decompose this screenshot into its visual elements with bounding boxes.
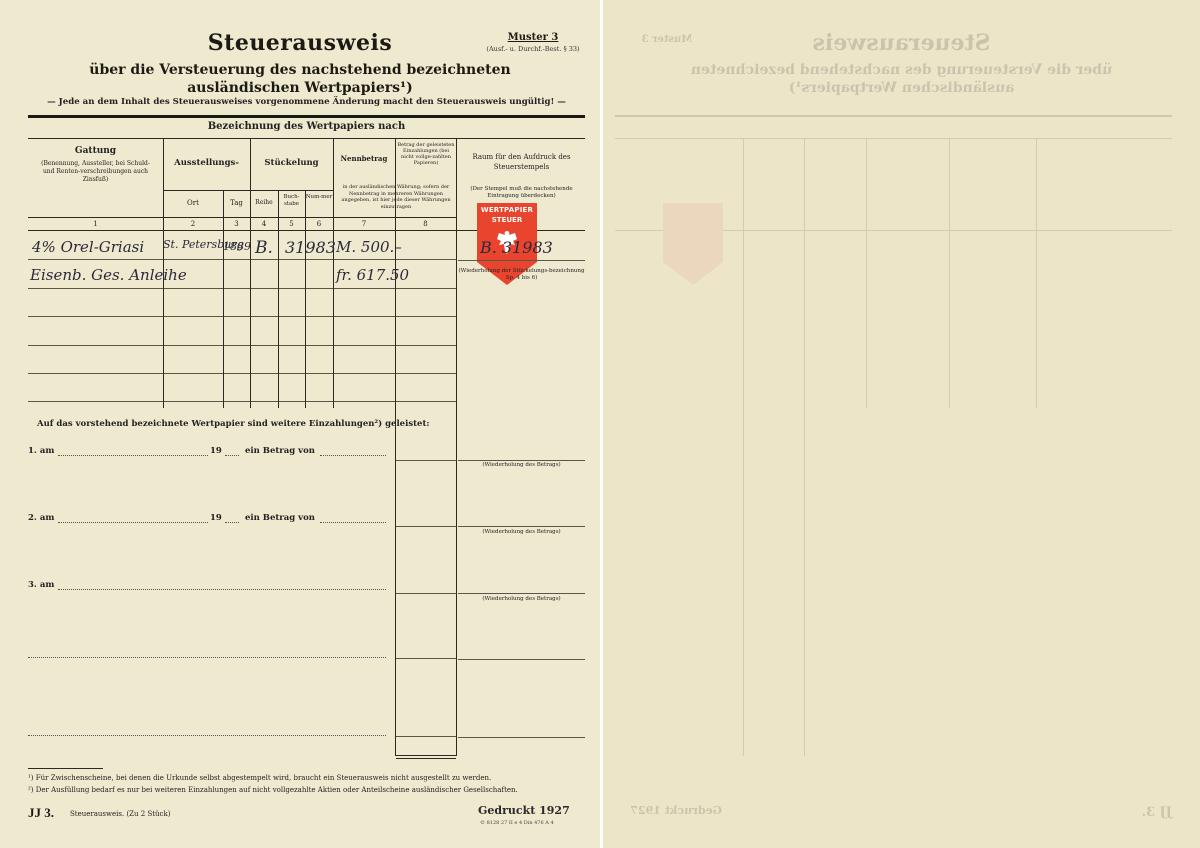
subtitle-line-1: über die Versteuerung des nachstehend be… <box>0 62 600 78</box>
col-divider-7-8 <box>395 138 396 756</box>
entry-nennbetrag-2: fr. 617.50 <box>336 266 409 284</box>
footnote-rule <box>28 768 103 769</box>
col-divider <box>250 138 251 408</box>
colnum-7: 7 <box>333 220 395 228</box>
back-subtitle-2: ausländischen Wertpapiers¹) <box>603 80 1200 96</box>
muster-label: Muster 3 <box>478 32 588 43</box>
header-ausstellungs: Ausstellungs- <box>163 158 250 168</box>
colnum-4: 4 <box>250 220 278 228</box>
stamp-caption: (Wiederholung der Stückelungs-bezeichnun… <box>458 268 585 282</box>
printer-code: © 8128 27 II e 4 Din 476 A 4 <box>480 820 554 826</box>
back-page: Steuerausweis über die Versteuerung des … <box>603 0 1200 848</box>
extra-col8-line-1 <box>396 658 456 659</box>
muster-block: Muster 3 (Ausf.- u. Durchf.-Best. § 33) <box>478 32 588 53</box>
header-buchstabe: Buch-stabe <box>278 194 305 208</box>
extra-line-2[interactable] <box>28 735 386 736</box>
header-tag: Tag <box>223 199 250 207</box>
footnote-2: ²) Der Ausfüllung bedarf es nur bei weit… <box>28 786 518 794</box>
back-form-code: JJ 3. <box>1142 805 1172 820</box>
row-line <box>28 401 456 402</box>
payment-3-field[interactable] <box>58 589 386 590</box>
payment-1-amount-field[interactable] <box>320 455 386 456</box>
payment-1-repeat-caption: (Wiederholung des Betrags) <box>458 462 585 468</box>
footnote-1: ¹) Für Zwischenscheine, bei denen die Ur… <box>28 774 491 782</box>
payment-3-repeat-line <box>458 593 585 594</box>
entry-gattung-1: 4% Orel-Griasi <box>32 238 144 256</box>
payment-3-label: 3. am <box>28 580 54 590</box>
bleed-through-mirror: Steuerausweis über die Versteuerung des … <box>603 0 1200 848</box>
payment-2-year-field[interactable] <box>225 522 239 523</box>
back-vline <box>804 138 805 756</box>
payment-1-date-field[interactable] <box>58 455 208 456</box>
payment-3-repeat-caption: (Wiederholung des Betrags) <box>458 596 585 602</box>
payments-intro: Auf das vorstehend bezeichnete Wertpapie… <box>37 419 430 429</box>
form-description: Steuerausweis. (Zu 2 Stück) <box>70 810 170 818</box>
colnum-6: 6 <box>305 220 333 228</box>
entry-reihe: B. <box>255 238 273 258</box>
top-rule <box>28 115 585 118</box>
stamp-line-1: WERTPAPIER <box>477 206 537 214</box>
back-line <box>615 138 1172 139</box>
colnum-5: 5 <box>278 220 305 228</box>
extra-line-1[interactable] <box>28 657 386 658</box>
back-muster: Muster 3 <box>612 34 722 45</box>
payment-1-repeat-line <box>458 460 585 461</box>
form-code: JJ 3. <box>28 805 54 821</box>
col-divider-8-9 <box>456 138 457 756</box>
extra-col8-line-2 <box>396 736 456 737</box>
header-nennbetrag-sub: in der ausländischen Währung; sofern der… <box>337 184 455 210</box>
payment-2-amount-field[interactable] <box>320 522 386 523</box>
header-gattung: Gattung <box>28 146 163 156</box>
back-subtitle-1: über die Versteuerung des nachstehend be… <box>603 62 1200 78</box>
payment-3-col8-line <box>396 593 456 594</box>
entry-nennbetrag-1: M. 500.– <box>336 238 402 256</box>
header-stueckelung: Stückelung <box>250 158 333 168</box>
header-ort: Ort <box>163 199 223 207</box>
row-line <box>28 373 456 374</box>
payment-1-year: 19 <box>210 446 222 456</box>
back-vline <box>949 138 950 408</box>
extra-repeat-line-2 <box>458 737 585 738</box>
colnum-top-line <box>28 217 456 218</box>
muster-reference: (Ausf.- u. Durchf.-Best. § 33) <box>478 45 588 53</box>
printed-year: Gedruckt 1927 <box>478 804 570 817</box>
payment-2-date-field[interactable] <box>58 522 208 523</box>
payment-2-amount-label: ein Betrag von <box>245 513 315 523</box>
payment-2-label: 2. am <box>28 513 54 523</box>
payment-2-col8-line <box>396 526 456 527</box>
colnum-1: 1 <box>28 220 163 228</box>
col-divider <box>333 138 334 408</box>
colnum-8: 8 <box>395 220 456 228</box>
entry-nummer: 31983 <box>285 238 336 257</box>
header-gattung-sub: (Benennung, Aussteller, bei Schuld- und … <box>36 160 155 184</box>
back-rule <box>615 115 1172 117</box>
header-raum-sub: (Der Stempel muß die nachstehende Eintra… <box>458 186 585 200</box>
table-header-top-line <box>28 138 585 139</box>
front-page: Steuerausweis über die Versteuerung des … <box>0 0 600 848</box>
back-vline <box>1036 138 1037 408</box>
row-line <box>28 316 456 317</box>
validity-warning: — Jede an dem Inhalt des Steuerausweises… <box>28 97 585 107</box>
header-nennbetrag: Nennbetrag <box>333 154 395 163</box>
payment-1-label: 1. am <box>28 446 54 456</box>
payment-1-amount-label: ein Betrag von <box>245 446 315 456</box>
payment-1-year-field[interactable] <box>225 455 239 456</box>
stamp-handwritten: B. 31983 <box>480 238 553 257</box>
colnum-3: 3 <box>223 220 250 228</box>
colnum-2: 2 <box>163 220 223 228</box>
payment-2-repeat-line <box>458 526 585 527</box>
payment-1-col8-line <box>396 460 456 461</box>
payment-2-year: 19 <box>210 513 222 523</box>
row-line <box>28 259 456 260</box>
table-caption: Bezeichnung des Wertpapiers nach <box>28 121 585 132</box>
stamp-line <box>458 260 585 261</box>
payment-2-repeat-caption: (Wiederholung des Betrags) <box>458 529 585 535</box>
extra-repeat-line-1 <box>458 659 585 660</box>
back-printed: Gedruckt 1927 <box>630 804 722 817</box>
header-betrag-einzahlungen: Betrag der geleisteten Einzahlungen (bei… <box>397 142 455 166</box>
back-vline <box>743 138 744 756</box>
total-line-a <box>396 755 456 756</box>
row-line <box>28 288 456 289</box>
total-line-b <box>396 758 456 759</box>
header-raum: Raum für den Aufdruck des Steuerstempels <box>460 152 583 172</box>
back-vline <box>866 138 867 408</box>
subtitle-line-2: ausländischen Wertpapiers¹) <box>0 80 600 96</box>
row-line <box>28 345 456 346</box>
entry-tag: 1889 <box>223 240 251 253</box>
header-nummer: Num-mer <box>305 194 333 201</box>
subheader-line <box>163 190 333 191</box>
header-reihe: Reihe <box>250 199 278 206</box>
entry-gattung-2: Eisenb. Ges. Anleihe <box>30 266 187 284</box>
stamp-line-2: STEUER <box>477 216 537 224</box>
back-stamp-ghost <box>663 203 723 285</box>
